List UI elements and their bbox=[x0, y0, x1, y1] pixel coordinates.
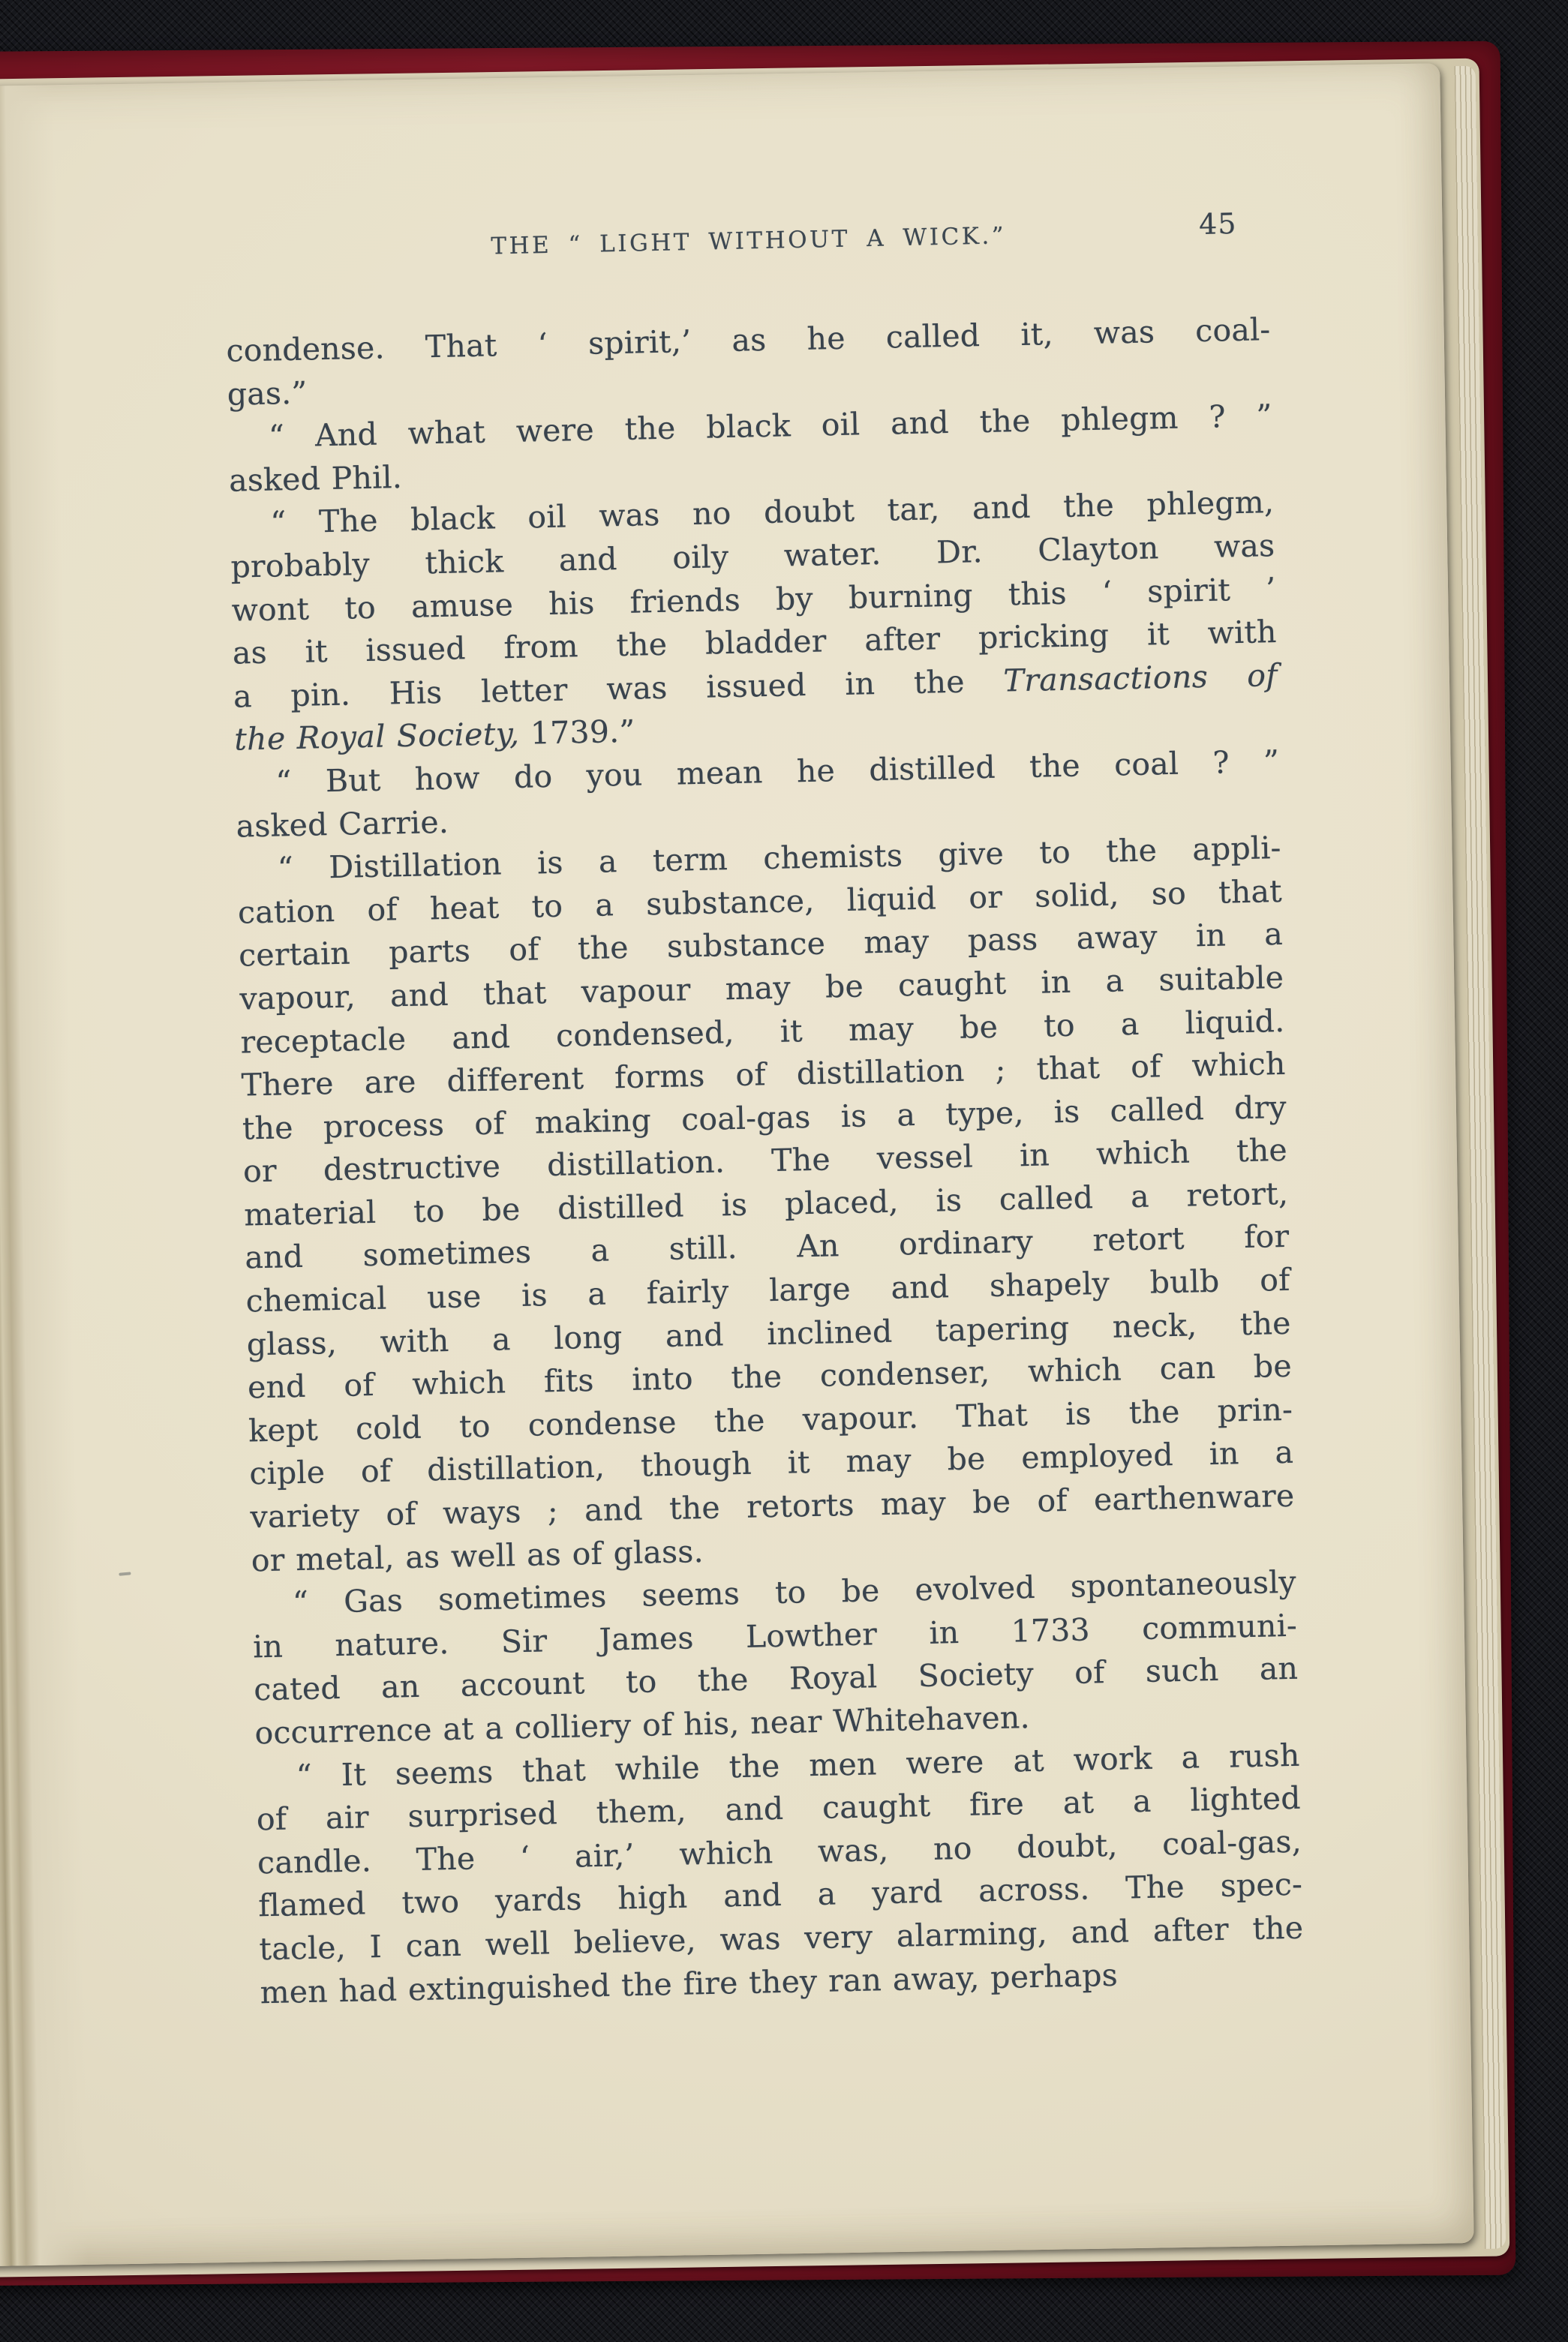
italic-text-segment: the Royal Society, bbox=[234, 716, 520, 758]
text-segment: gas.” bbox=[227, 374, 308, 412]
page-text: condense. That ‘ spirit,’ as he called i… bbox=[226, 308, 1305, 2014]
page-header: THE “ LIGHT WITHOUT A WICK.” 45 bbox=[224, 217, 1274, 284]
page-number: 45 bbox=[1199, 207, 1237, 241]
text-segment: 1739.” bbox=[519, 713, 635, 752]
italic-text-segment: Transactions of bbox=[1003, 657, 1278, 699]
text-segment: or metal, as well as of glass. bbox=[251, 1533, 704, 1578]
running-title: THE “ LIGHT WITHOUT A WICK.” bbox=[224, 217, 1273, 266]
book-page: THE “ LIGHT WITHOUT A WICK.” 45 condense… bbox=[0, 63, 1474, 2266]
margin-mark bbox=[119, 1572, 131, 1575]
photo-background: { "colors": { "background_fabric": "#121… bbox=[0, 0, 1568, 2342]
text-segment: asked Phil. bbox=[229, 459, 403, 499]
text-segment: asked Carrie. bbox=[236, 803, 449, 844]
page-content: THE “ LIGHT WITHOUT A WICK.” 45 condense… bbox=[224, 217, 1274, 284]
book-photo: THE “ LIGHT WITHOUT A WICK.” 45 condense… bbox=[0, 0, 1568, 2342]
page-gutter-shadow bbox=[0, 85, 89, 2266]
